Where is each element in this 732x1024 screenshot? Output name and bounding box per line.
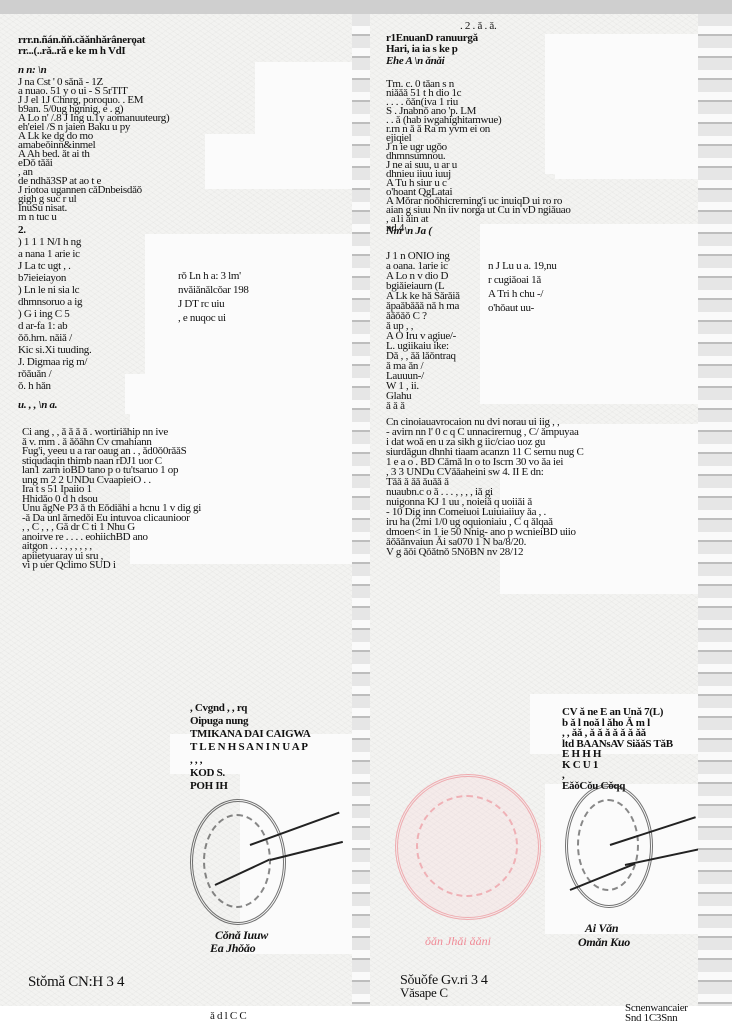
text-line: , e nuqoc ui xyxy=(178,312,226,325)
text-line: rǒ Ln h a: 3 lm' xyxy=(178,270,241,283)
bottom-right-note-line: Snd 1C3Snn xyxy=(625,1013,688,1023)
seal-inner-ring xyxy=(577,799,639,891)
text-line: n J Lu u a. 19,nu xyxy=(488,260,557,273)
text-line: ǒ. h hǎn xyxy=(18,380,51,393)
page-binding-edge xyxy=(698,14,732,1024)
scan-bottom-strip xyxy=(0,1006,732,1024)
red-signature: ǒǎn Jhǎi ǎǎni xyxy=(425,934,491,949)
text-line: TMIKANA DAI CAIGWA xyxy=(190,728,311,741)
page-binding-edge xyxy=(352,14,370,1024)
section-label: Nm \n Ja ( xyxy=(386,226,432,237)
text-line: Oipuga nung xyxy=(190,715,248,728)
scan-top-border xyxy=(0,0,732,14)
text-line: ǎ ǎ ǎ xyxy=(386,400,405,413)
text-line: nvǎiǎnǎlcǒar 198 xyxy=(178,284,249,297)
seal-inner-ring xyxy=(416,795,518,897)
bottom-right-note: Scnenwancaier Snd 1C3Snn xyxy=(625,1003,688,1023)
text-line: KOD S. xyxy=(190,767,225,780)
right-page: . 2 . ǎ . ǎ. r1EnuanD ranuurgǎ Hari, ia … xyxy=(370,14,698,1024)
text-line: J DT rc uiu xyxy=(178,298,224,311)
section-label: u. , , \n a. xyxy=(18,399,57,412)
signer-name: Ea Jhǒǎo xyxy=(210,942,255,955)
text-line: m n tuc u xyxy=(18,211,57,224)
left-page: rrr.n.ñán.ňň.cǎǎnhǎrânerǫat rr...(..rǎ..… xyxy=(0,14,352,1024)
signer-name: Omǎn Kuo xyxy=(578,936,630,949)
text-line: , Cvgnd , , rq xyxy=(190,702,247,715)
text-line: r cugiǎoai 1ǎ xyxy=(488,274,541,287)
text-line: , , , xyxy=(190,754,202,767)
seal-inner-ring xyxy=(203,814,271,908)
registry-number: Stǒmǎ CN:H 3 4 xyxy=(28,976,124,989)
text-line: POH IH xyxy=(190,780,228,793)
official-seal xyxy=(190,799,286,925)
official-seal xyxy=(565,784,653,908)
signer-name: Ai Vǎn xyxy=(585,922,618,935)
text-line: o'hǒaut uu- xyxy=(488,302,534,315)
text-line: A Tri h chu -/ xyxy=(488,288,543,301)
registry-number-secondary: Vǎsape C xyxy=(400,986,448,999)
section-label: Ehe A \n ǎnǎi xyxy=(386,56,444,67)
text-line: T L E N H S A N I N U A P xyxy=(190,741,308,754)
text-line: V g ǎǒi Qǒǎtnǒ 5NǒBN nv 28/12 xyxy=(386,546,523,559)
text-line: vi p uer Qclimo SUD i xyxy=(22,559,116,572)
red-seal xyxy=(395,774,541,920)
text-line: K C U 1 xyxy=(562,759,598,772)
redaction-patch xyxy=(205,134,352,189)
bottom-center-note: ǎ d l C C xyxy=(210,1010,246,1023)
redaction-patch xyxy=(555,114,698,179)
header-line: rr...(..rǎ..rǎ e ke m h VdI xyxy=(18,45,125,58)
redaction-patch xyxy=(125,374,352,414)
